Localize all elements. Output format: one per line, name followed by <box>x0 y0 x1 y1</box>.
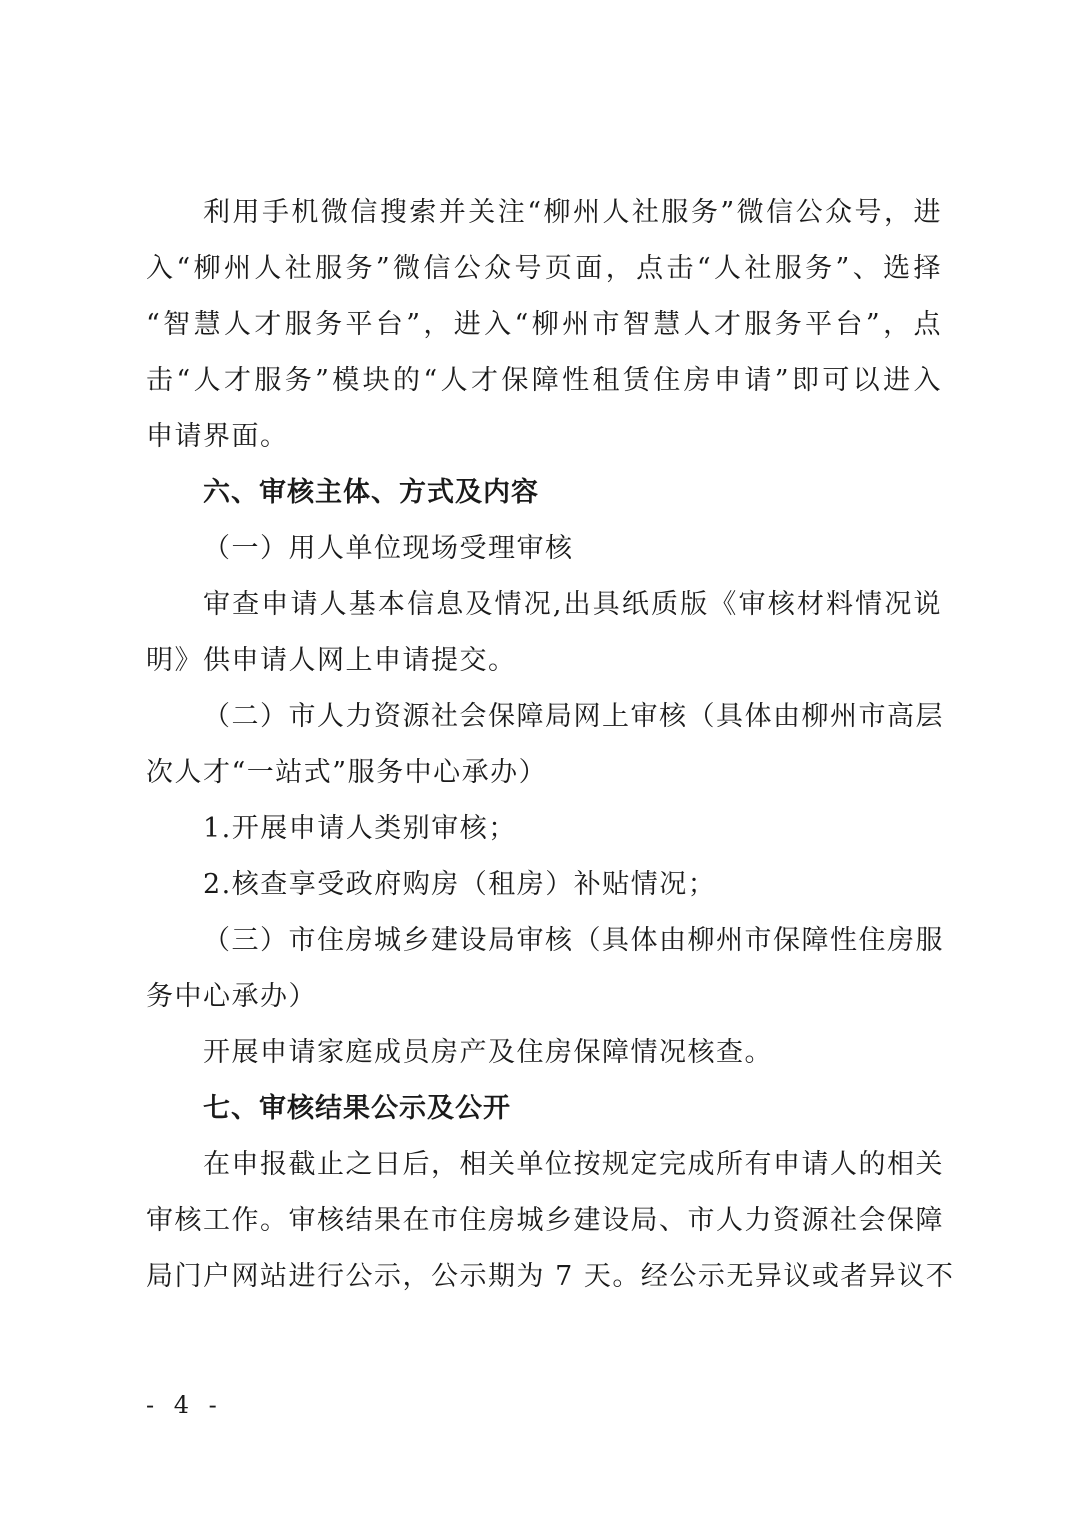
text-line: 务中心承办） <box>146 977 942 1017</box>
text-line: 入“柳州人社服务”微信公众号页面，点击“人社服务”、选择 <box>146 249 942 289</box>
text-line: 审核工作。审核结果在市住房城乡建设局、市人力资源社会保障 <box>146 1201 942 1241</box>
text-line: （一）用人单位现场受理审核 <box>203 529 942 569</box>
text-line: 1.开展申请人类别审核； <box>203 809 942 849</box>
text-line: （二）市人力资源社会保障局网上审核（具体由柳州市高层 <box>203 697 942 737</box>
text-line: 在申报截止之日后，相关单位按规定完成所有申请人的相关 <box>203 1145 942 1185</box>
section-heading: 七、审核结果公示及公开 <box>203 1089 942 1129</box>
page-number: - 4 - <box>146 1390 223 1420</box>
text-line: 审查申请人基本信息及情况,出具纸质版《审核材料情况说 <box>203 585 942 625</box>
text-line: 次人才“一站式”服务中心承办） <box>146 753 942 793</box>
text-line: 击“人才服务”模块的“人才保障性租赁住房申请”即可以进入 <box>146 361 942 401</box>
text-line: （三）市住房城乡建设局审核（具体由柳州市保障性住房服 <box>203 921 942 961</box>
text-line: 利用手机微信搜索并关注“柳州人社服务”微信公众号，进 <box>203 193 942 233</box>
section-heading: 六、审核主体、方式及内容 <box>203 473 942 513</box>
text-line: “智慧人才服务平台”，进入“柳州市智慧人才服务平台”，点 <box>146 305 942 345</box>
text-line: 局门户网站进行公示，公示期为 7 天。经公示无异议或者异议不 <box>146 1257 942 1297</box>
text-line: 申请界面。 <box>146 417 942 457</box>
text-line: 明》供申请人网上申请提交。 <box>146 641 942 681</box>
text-line: 开展申请家庭成员房产及住房保障情况核查。 <box>203 1033 942 1073</box>
document-page: 利用手机微信搜索并关注“柳州人社服务”微信公众号，进入“柳州人社服务”微信公众号… <box>0 0 1074 1520</box>
text-line: 2.核查享受政府购房（租房）补贴情况； <box>203 865 942 905</box>
